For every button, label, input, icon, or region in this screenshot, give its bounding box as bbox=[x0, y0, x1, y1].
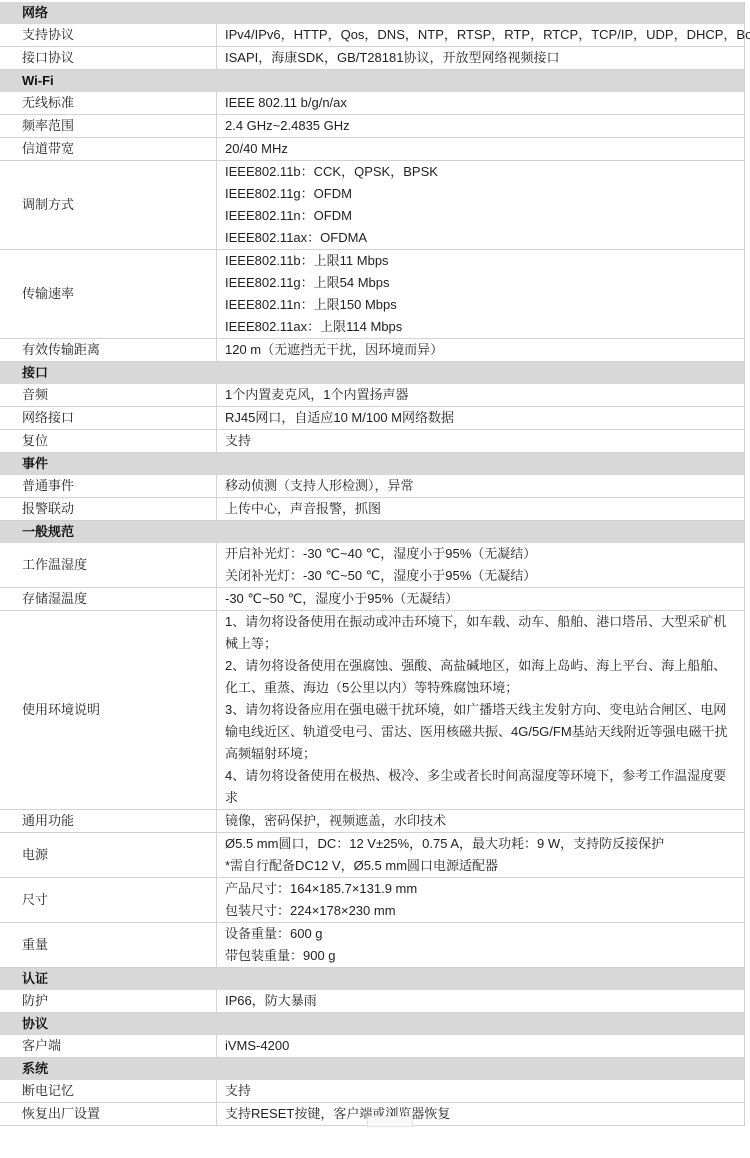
spec-value-line: 设备重量：600 g bbox=[225, 923, 738, 945]
spec-value: 上传中心，声音报警，抓图 bbox=[217, 498, 744, 520]
spec-row: 有效传输距离120 m（无遮挡无干扰，因环境而异） bbox=[0, 339, 744, 362]
spec-row: 工作温湿度开启补光灯：-30 ℃~40 ℃，湿度小于95%（无凝结）关闭补光灯：… bbox=[0, 543, 744, 588]
spec-value: 产品尺寸：164×185.7×131.9 mm包装尺寸：224×178×230 … bbox=[217, 878, 744, 922]
spec-label: 无线标准 bbox=[0, 92, 217, 114]
spec-value: IP66，防大暴雨 bbox=[217, 990, 744, 1012]
spec-value-line: IPv4/IPv6，HTTP，Qos，DNS，NTP，RTSP，RTP，RTCP… bbox=[225, 24, 750, 46]
spec-label: 尺寸 bbox=[0, 878, 217, 922]
spec-value-line: -30 ℃~50 ℃，湿度小于95%（无凝结） bbox=[225, 588, 738, 610]
spec-value: 镜像，密码保护，视频遮盖，水印技术 bbox=[217, 810, 744, 832]
spec-label: 音频 bbox=[0, 384, 217, 406]
section-header: 一般规范 bbox=[0, 521, 744, 543]
spec-value-line: 2.4 GHz~2.4835 GHz bbox=[225, 115, 738, 137]
spec-value-line: RJ45网口，自适应10 M/100 M网络数据 bbox=[225, 407, 738, 429]
spec-row: 复位支持 bbox=[0, 430, 744, 453]
spec-value-line: 20/40 MHz bbox=[225, 138, 738, 160]
spec-value-line: 关闭补光灯：-30 ℃~50 ℃，湿度小于95%（无凝结） bbox=[225, 565, 738, 587]
spec-row: 频率范围2.4 GHz~2.4835 GHz bbox=[0, 115, 744, 138]
spec-value: 支持RESET按键，客户端或浏览器恢复 bbox=[217, 1103, 744, 1125]
spec-value-line: 1个内置麦克风，1个内置扬声器 bbox=[225, 384, 738, 406]
spec-value-line: 支持 bbox=[225, 430, 738, 452]
spec-value-line: IEEE802.11b：上限11 Mbps bbox=[225, 250, 738, 272]
spec-label: 传输速率 bbox=[0, 250, 217, 338]
spec-value: 支持 bbox=[217, 1080, 744, 1102]
spec-value-line: IP66，防大暴雨 bbox=[225, 990, 738, 1012]
spec-value-line: iVMS-4200 bbox=[225, 1035, 738, 1057]
spec-row: 网络接口RJ45网口，自适应10 M/100 M网络数据 bbox=[0, 407, 744, 430]
spec-value: IEEE802.11b：CCK，QPSK，BPSKIEEE802.11g：OFD… bbox=[217, 161, 744, 249]
spec-row: 通用功能镜像，密码保护，视频遮盖，水印技术 bbox=[0, 810, 744, 833]
spec-value-line: IEEE802.11n：OFDM bbox=[225, 205, 738, 227]
spec-value: 1个内置麦克风，1个内置扬声器 bbox=[217, 384, 744, 406]
bottom-scroll-artifact bbox=[367, 1116, 413, 1127]
spec-label: 恢复出厂设置 bbox=[0, 1103, 217, 1125]
spec-value-line: 产品尺寸：164×185.7×131.9 mm bbox=[225, 878, 738, 900]
spec-row: 音频1个内置麦克风，1个内置扬声器 bbox=[0, 384, 744, 407]
spec-table: 网络支持协议IPv4/IPv6，HTTP，Qos，DNS，NTP，RTSP，RT… bbox=[0, 2, 745, 1126]
spec-value: RJ45网口，自适应10 M/100 M网络数据 bbox=[217, 407, 744, 429]
spec-label: 网络接口 bbox=[0, 407, 217, 429]
spec-value-line: IEEE802.11g：上限54 Mbps bbox=[225, 272, 738, 294]
spec-value-line: *需自行配备DC12 V，Ø5.5 mm圆口电源适配器 bbox=[225, 855, 738, 877]
spec-value: IEEE802.11b：上限11 MbpsIEEE802.11g：上限54 Mb… bbox=[217, 250, 744, 338]
spec-value: iVMS-4200 bbox=[217, 1035, 744, 1057]
spec-label: 电源 bbox=[0, 833, 217, 877]
spec-value-line: 镜像，密码保护，视频遮盖，水印技术 bbox=[225, 810, 738, 832]
spec-value-line: IEEE802.11b：CCK，QPSK，BPSK bbox=[225, 161, 738, 183]
spec-value: IPv4/IPv6，HTTP，Qos，DNS，NTP，RTSP，RTP，RTCP… bbox=[217, 24, 750, 46]
spec-value-line: 带包装重量：900 g bbox=[225, 945, 738, 967]
spec-value: 开启补光灯：-30 ℃~40 ℃，湿度小于95%（无凝结）关闭补光灯：-30 ℃… bbox=[217, 543, 744, 587]
spec-row: 调制方式IEEE802.11b：CCK，QPSK，BPSKIEEE802.11g… bbox=[0, 161, 744, 250]
spec-label: 复位 bbox=[0, 430, 217, 452]
spec-value: 2.4 GHz~2.4835 GHz bbox=[217, 115, 744, 137]
spec-value: 设备重量：600 g带包装重量：900 g bbox=[217, 923, 744, 967]
section-header: 认证 bbox=[0, 968, 744, 990]
spec-label: 防护 bbox=[0, 990, 217, 1012]
spec-label: 重量 bbox=[0, 923, 217, 967]
spec-row: 防护IP66，防大暴雨 bbox=[0, 990, 744, 1013]
section-header: 事件 bbox=[0, 453, 744, 475]
spec-row: 重量设备重量：600 g带包装重量：900 g bbox=[0, 923, 744, 968]
spec-label: 工作温湿度 bbox=[0, 543, 217, 587]
spec-label: 频率范围 bbox=[0, 115, 217, 137]
spec-value-line: IEEE802.11ax：OFDMA bbox=[225, 227, 738, 249]
spec-value: 120 m（无遮挡无干扰，因环境而异） bbox=[217, 339, 744, 361]
spec-value-line: 包装尺寸：224×178×230 mm bbox=[225, 900, 738, 922]
spec-value-line: IEEE 802.11 b/g/n/ax bbox=[225, 92, 738, 114]
spec-value: IEEE 802.11 b/g/n/ax bbox=[217, 92, 744, 114]
spec-value-line: 1、请勿将设备使用在振动或冲击环境下，如车载、动车、船舶、港口塔吊、大型采矿机械… bbox=[225, 611, 738, 655]
spec-value-line: 支持 bbox=[225, 1080, 738, 1102]
spec-label: 断电记忆 bbox=[0, 1080, 217, 1102]
spec-row: 尺寸产品尺寸：164×185.7×131.9 mm包装尺寸：224×178×23… bbox=[0, 878, 744, 923]
section-header: 接口 bbox=[0, 362, 744, 384]
spec-label: 支持协议 bbox=[0, 24, 217, 46]
spec-value: ISAPI，海康SDK，GB/T28181协议，开放型网络视频接口 bbox=[217, 47, 744, 69]
section-header: Wi-Fi bbox=[0, 70, 744, 92]
spec-row: 电源Ø5.5 mm圆口，DC：12 V±25%，0.75 A，最大功耗：9 W，… bbox=[0, 833, 744, 878]
spec-value: 支持 bbox=[217, 430, 744, 452]
spec-value-line: IEEE802.11ax：上限114 Mbps bbox=[225, 316, 738, 338]
spec-value-line: Ø5.5 mm圆口，DC：12 V±25%，0.75 A，最大功耗：9 W，支持… bbox=[225, 833, 738, 855]
spec-value: 移动侦测（支持人形检测），异常 bbox=[217, 475, 744, 497]
spec-value-line: ISAPI，海康SDK，GB/T28181协议，开放型网络视频接口 bbox=[225, 47, 738, 69]
spec-label: 存储湿温度 bbox=[0, 588, 217, 610]
spec-row: 支持协议IPv4/IPv6，HTTP，Qos，DNS，NTP，RTSP，RTP，… bbox=[0, 24, 744, 47]
spec-value-line: 移动侦测（支持人形检测），异常 bbox=[225, 475, 738, 497]
spec-value-line: 2、请勿将设备使用在强腐蚀、强酸、高盐碱地区，如海上岛屿、海上平台、海上船舶、化… bbox=[225, 655, 738, 699]
spec-value-line: 4、请勿将设备使用在极热、极冷、多尘或者长时间高湿度等环境下，参考工作温湿度要求 bbox=[225, 765, 738, 809]
spec-value-line: 3、请勿将设备应用在强电磁干扰环境，如广播塔天线主发射方向、变电站合闸区、电网输… bbox=[225, 699, 738, 765]
spec-row: 存储湿温度-30 ℃~50 ℃，湿度小于95%（无凝结） bbox=[0, 588, 744, 611]
spec-row: 普通事件移动侦测（支持人形检测），异常 bbox=[0, 475, 744, 498]
section-header: 系统 bbox=[0, 1058, 744, 1080]
spec-label: 调制方式 bbox=[0, 161, 217, 249]
spec-row: 报警联动上传中心，声音报警，抓图 bbox=[0, 498, 744, 521]
spec-label: 通用功能 bbox=[0, 810, 217, 832]
spec-label: 有效传输距离 bbox=[0, 339, 217, 361]
spec-label: 普通事件 bbox=[0, 475, 217, 497]
spec-value: Ø5.5 mm圆口，DC：12 V±25%，0.75 A，最大功耗：9 W，支持… bbox=[217, 833, 744, 877]
spec-value: 20/40 MHz bbox=[217, 138, 744, 160]
spec-value-line: IEEE802.11n：上限150 Mbps bbox=[225, 294, 738, 316]
spec-value-line: 120 m（无遮挡无干扰，因环境而异） bbox=[225, 339, 738, 361]
spec-label: 客户端 bbox=[0, 1035, 217, 1057]
spec-value: -30 ℃~50 ℃，湿度小于95%（无凝结） bbox=[217, 588, 744, 610]
spec-row: 客户端iVMS-4200 bbox=[0, 1035, 744, 1058]
spec-row: 使用环境说明1、请勿将设备使用在振动或冲击环境下，如车载、动车、船舶、港口塔吊、… bbox=[0, 611, 744, 810]
spec-value-line: 开启补光灯：-30 ℃~40 ℃，湿度小于95%（无凝结） bbox=[225, 543, 738, 565]
spec-value-line: IEEE802.11g：OFDM bbox=[225, 183, 738, 205]
spec-value-line: 支持RESET按键，客户端或浏览器恢复 bbox=[225, 1103, 738, 1125]
spec-label: 接口协议 bbox=[0, 47, 217, 69]
section-header: 协议 bbox=[0, 1013, 744, 1035]
spec-label: 使用环境说明 bbox=[0, 611, 217, 809]
spec-row: 断电记忆支持 bbox=[0, 1080, 744, 1103]
spec-row: 接口协议ISAPI，海康SDK，GB/T28181协议，开放型网络视频接口 bbox=[0, 47, 744, 70]
spec-row: 传输速率IEEE802.11b：上限11 MbpsIEEE802.11g：上限5… bbox=[0, 250, 744, 339]
spec-value-line: 上传中心，声音报警，抓图 bbox=[225, 498, 738, 520]
spec-label: 信道带宽 bbox=[0, 138, 217, 160]
spec-row: 信道带宽20/40 MHz bbox=[0, 138, 744, 161]
spec-row: 无线标准IEEE 802.11 b/g/n/ax bbox=[0, 92, 744, 115]
section-header: 网络 bbox=[0, 2, 744, 24]
spec-value: 1、请勿将设备使用在振动或冲击环境下，如车载、动车、船舶、港口塔吊、大型采矿机械… bbox=[217, 611, 744, 809]
spec-label: 报警联动 bbox=[0, 498, 217, 520]
